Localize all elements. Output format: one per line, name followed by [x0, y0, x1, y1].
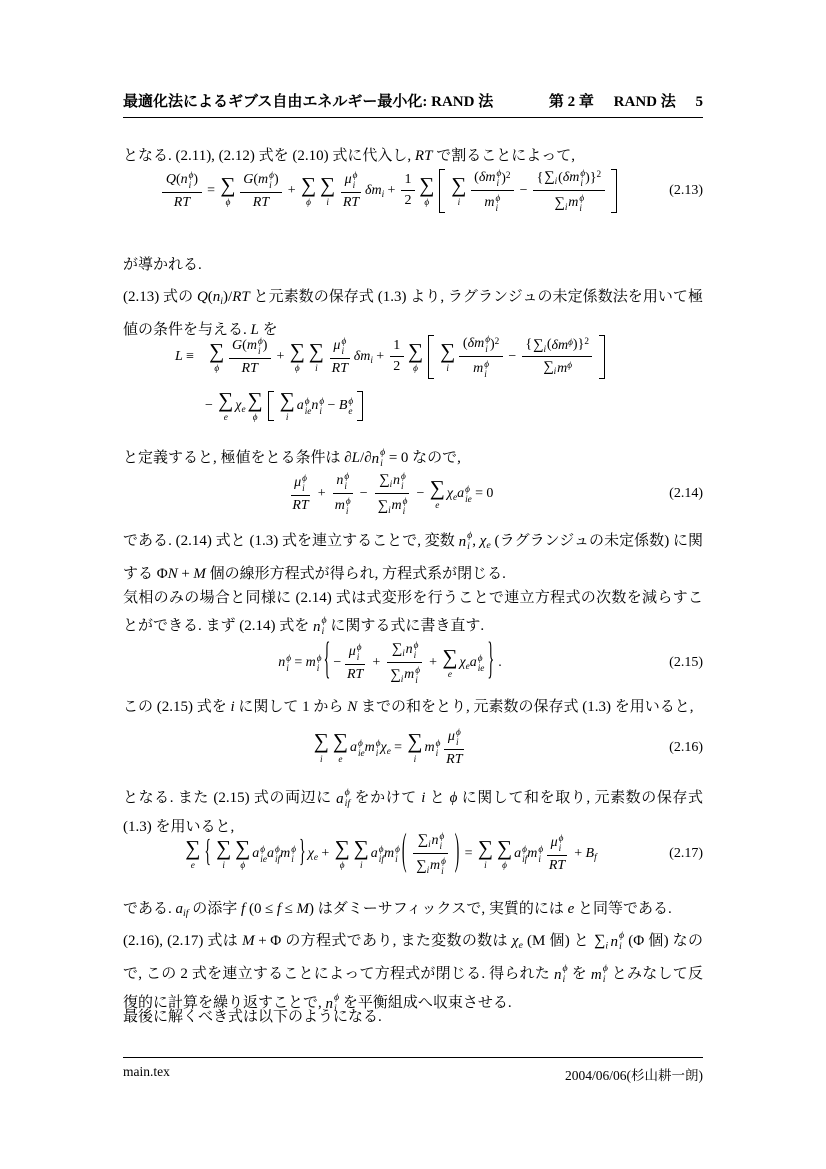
- script-stack: ϕi: [291, 844, 296, 864]
- math-token: a: [457, 486, 464, 501]
- script-stack: ϕi: [346, 496, 351, 516]
- math-script: i: [603, 974, 606, 985]
- math-token: δm: [365, 183, 382, 198]
- display-equation: Q(nϕi)RT=∑ϕG(mϕi)RT+∑ϕ∑iμϕiRTδmi+12∑ϕ∑i(…: [123, 168, 703, 214]
- math-script: ϕ: [317, 653, 322, 663]
- math-subsup: nϕi: [393, 471, 406, 491]
- math-fraction: 12: [390, 338, 404, 375]
- math-script: i: [286, 663, 289, 673]
- math-subsup: δmϕi: [468, 334, 490, 354]
- math-token: δm: [354, 349, 371, 364]
- math-token: 2: [393, 359, 400, 375]
- sum-symbol: ∑ϕ: [290, 341, 305, 374]
- math-script: i: [441, 866, 444, 876]
- math-token: ): [274, 172, 279, 188]
- fraction-denominator: RT: [170, 193, 193, 211]
- superscript: ϕ: [484, 359, 489, 369]
- script-stack: ϕi: [357, 642, 362, 662]
- math-token: a: [350, 740, 357, 755]
- sum-limit: e: [338, 755, 342, 764]
- text-run: (M 個) と: [523, 933, 593, 949]
- math-token: μ: [448, 729, 455, 744]
- paragraph: である. (2.14) 式と (1.3) 式を連立することで, 変数 nϕi, …: [123, 527, 703, 588]
- display-equation: ∑i∑eaϕiemϕiχe=∑imϕiμϕiRT(2.16): [123, 727, 703, 768]
- fraction-denominator: ∑imϕi: [550, 191, 588, 213]
- math-subsup: χe: [459, 655, 469, 671]
- sum-symbol: ∑i: [451, 175, 466, 208]
- math-subsup: nϕi: [181, 170, 194, 190]
- script-stack: ϕi: [538, 844, 543, 864]
- math-script: i: [619, 941, 622, 952]
- math-subsup: nϕi: [372, 445, 386, 473]
- math-operator: +: [318, 486, 326, 502]
- math-token: RT: [332, 361, 348, 377]
- sum-limit: i: [543, 344, 546, 354]
- math-operator: =: [389, 450, 397, 466]
- math-subsup: χe: [381, 740, 391, 756]
- math-subsup: μϕi: [294, 473, 307, 493]
- superscript: 2: [495, 336, 500, 346]
- equation-line: nϕi=mϕi{−μϕiRT+∑inϕi∑imϕi+∑eχeaϕie}.: [123, 640, 703, 686]
- math-token: m: [557, 361, 567, 376]
- fraction-denominator: 2: [390, 357, 404, 375]
- sum-limit: ϕ: [295, 364, 300, 373]
- sigma-glyph: ∑: [378, 498, 388, 514]
- math-delimiter: {: [204, 838, 211, 870]
- math-base: μ: [294, 475, 301, 491]
- script-stack: ϕie: [465, 484, 472, 504]
- fraction-denominator: RT: [343, 665, 366, 683]
- math-subsup: mϕi: [280, 844, 296, 864]
- math-base: m: [280, 846, 290, 862]
- fraction-denominator: ∑imϕ: [539, 357, 576, 377]
- math-script: ϕ: [319, 396, 324, 406]
- text-run: (2.16), (2.17) 式は: [123, 933, 242, 949]
- math-script: i: [380, 458, 383, 469]
- math-fraction: μϕiRT: [545, 833, 568, 874]
- math-delimiter: [439, 169, 445, 213]
- math-token: m: [404, 667, 414, 682]
- math-subsup: )2: [501, 170, 510, 187]
- equation-line: L≡∑ϕG(mϕi)RT+∑ϕ∑iμϕiRTδmi+12∑ϕ∑i(δmϕi)2m…: [123, 334, 703, 380]
- fraction-denominator: RT: [249, 193, 272, 211]
- superscript: ϕ: [346, 496, 351, 506]
- math-subsup: ni: [213, 289, 223, 305]
- subscript: i: [496, 178, 499, 188]
- subscript: ie: [305, 406, 312, 416]
- subscript: i: [496, 203, 499, 213]
- math-subsup: mϕi: [484, 193, 500, 213]
- math-delimiter-group: {∑i∑ϕaϕieaϕifmϕi}: [204, 838, 305, 871]
- math-script: ϕ: [348, 396, 353, 406]
- fraction-numerator: μϕi: [341, 170, 361, 193]
- math-subsup: aϕie: [252, 844, 267, 864]
- subscript: i: [258, 346, 261, 356]
- subscript: ie: [478, 663, 485, 673]
- math-subsup: χe: [512, 933, 523, 949]
- math-subsup: mϕi: [430, 856, 446, 876]
- math-token: RT: [292, 498, 308, 514]
- fraction-denominator: RT: [328, 359, 351, 377]
- fraction-denominator: RT: [339, 193, 362, 211]
- subscript: i: [456, 737, 459, 747]
- sum-limit: ϕ: [424, 198, 429, 207]
- math-script: i: [322, 626, 325, 637]
- superscript: ϕ: [465, 484, 470, 494]
- math-base: n: [278, 655, 285, 671]
- inline-sum-symbol: ∑i: [544, 170, 557, 185]
- paragraph: 最後に解くべき式は以下のようになる.: [123, 1003, 703, 1031]
- sum-limit: i: [360, 861, 363, 870]
- fraction-numerator: μϕi: [291, 473, 311, 496]
- math-script: ϕ: [344, 471, 349, 481]
- math-subsup: aϕie: [297, 396, 312, 416]
- superscript: ϕ: [358, 738, 363, 748]
- math-script: i: [496, 178, 499, 188]
- math-token: m: [391, 498, 401, 513]
- equation-number: (2.14): [669, 486, 703, 502]
- math-subsup: aϕif: [371, 844, 384, 864]
- display-equation: L≡∑ϕG(mϕi)RT+∑ϕ∑iμϕiRTδmi+12∑ϕ∑i(δmϕi)2m…: [123, 334, 703, 422]
- paragraph: 気相のみの場合と同様に (2.14) 式は式変形を行うことで連立方程式の次数を減…: [123, 584, 703, 641]
- sum-limit: i: [458, 198, 461, 207]
- math-subsup: mϕi: [384, 844, 400, 864]
- math-script: e: [314, 852, 318, 862]
- text-run: はダミーサフィックスで, 実質的には: [314, 901, 568, 917]
- math-token: m: [384, 846, 394, 861]
- superscript: ϕ: [456, 727, 461, 737]
- fraction-denominator: RT: [289, 496, 312, 514]
- sum-symbol: ∑e: [218, 390, 233, 423]
- math-base: n: [336, 473, 343, 489]
- sigma-glyph: ∑: [419, 175, 434, 196]
- delimiter-body: ∑i∑ϕaϕieaϕifmϕi: [211, 838, 299, 871]
- subscript: ie: [260, 854, 267, 864]
- math-subsup: μϕi: [333, 336, 346, 356]
- sigma-glyph: ∑: [451, 175, 466, 196]
- math-delimiter-group: ∑iaϕienϕi−Bϕe: [267, 390, 365, 423]
- math-base: μ: [345, 172, 352, 188]
- math-script: ie: [305, 406, 312, 416]
- math-token: RT: [549, 858, 565, 874]
- paragraph: と定義すると, 極値をとる条件は ∂L/∂nϕi=0 なので,: [123, 444, 703, 473]
- math-token: m: [568, 195, 578, 210]
- sum-symbol: ∑i: [478, 838, 493, 871]
- sum-limit: ϕ: [502, 861, 507, 870]
- math-subsup: mϕi: [306, 653, 322, 673]
- fraction-numerator: Q(nϕi): [162, 170, 201, 193]
- math-token: μ: [551, 835, 558, 850]
- display-equation: μϕiRT+nϕimϕi−∑inϕi∑imϕi−∑eχeaϕie=0(2.14): [123, 471, 703, 517]
- math-script: i: [317, 663, 320, 673]
- math-script: ϕ: [346, 496, 351, 506]
- math-subsup: mϕi: [404, 665, 420, 685]
- math-base: m: [365, 740, 375, 756]
- math-subsup: aϕif: [514, 844, 527, 864]
- math-token: m: [591, 967, 602, 983]
- math-subsup: mϕi: [335, 496, 351, 516]
- math-base: n: [459, 528, 467, 556]
- equation-number: (2.17): [669, 846, 703, 862]
- math-script: ϕ: [291, 844, 296, 854]
- equation-number: (2.13): [669, 183, 703, 199]
- math-subsup: Bf: [586, 846, 597, 862]
- math-subsup: {∑i(δmϕi)}2: [537, 168, 602, 188]
- math-delimiter: [599, 335, 605, 379]
- math-token: n: [311, 398, 318, 413]
- math-delimiter: }: [487, 640, 494, 685]
- math-delimiter: (: [402, 831, 407, 876]
- math-script: e: [241, 404, 245, 414]
- text-run: に関して 1 から: [235, 699, 348, 715]
- superscript: ϕ: [436, 738, 441, 748]
- math-script: i: [395, 854, 398, 864]
- sigma-glyph: ∑: [218, 390, 233, 411]
- fraction-denominator: mϕi: [331, 494, 354, 516]
- superscript: ϕ: [353, 170, 358, 180]
- subscript: i: [189, 180, 192, 190]
- equation-line: ∑e{∑i∑ϕaϕieaϕifmϕi}χe+∑ϕ∑iaϕifmϕi(∑inϕi∑…: [123, 831, 703, 877]
- sum-limit: i: [320, 755, 323, 764]
- subscript: i: [559, 843, 562, 853]
- math-token: δm: [563, 170, 580, 185]
- equation-line: μϕiRT+nϕimϕi−∑inϕi∑imϕi−∑eχeaϕie=0: [123, 471, 703, 517]
- text-run: を: [568, 966, 591, 982]
- math-script: i: [563, 974, 566, 985]
- fraction-numerator: μϕi: [330, 336, 350, 359]
- sum-limit: i: [401, 674, 404, 684]
- math-fraction: G(mϕi)RT: [229, 336, 271, 377]
- sum-limit: i: [555, 177, 558, 187]
- math-base: n: [393, 473, 400, 489]
- math-token: m: [280, 846, 290, 861]
- math-subsup: μϕi: [448, 727, 461, 747]
- math-subsup: aϕie: [457, 484, 472, 504]
- script-stack: ϕe: [348, 396, 353, 416]
- fraction-denominator: RT: [443, 750, 466, 768]
- math-token: a: [514, 846, 521, 861]
- math-fraction: {∑i(δmϕ)}2∑imϕ: [522, 336, 593, 377]
- sigma-glyph: ∑: [235, 838, 250, 859]
- sum-limit: i: [565, 202, 568, 212]
- math-subsup: mϕi: [365, 738, 381, 758]
- math-token: n: [336, 473, 343, 488]
- superscript: ϕ: [522, 844, 527, 854]
- math-delimiter-group: ∑i(δmϕi)2mϕi−{∑i(δmϕi)}2∑imϕi: [438, 168, 618, 214]
- math-script: i: [467, 541, 470, 552]
- math-token: {: [525, 338, 532, 353]
- math-token: 1: [405, 172, 412, 188]
- sigma-glyph: ∑: [335, 838, 350, 859]
- math-token: a: [297, 398, 304, 413]
- math-base: n: [554, 961, 562, 989]
- math-subsup: nϕi: [278, 653, 291, 673]
- math-base: n: [313, 613, 321, 641]
- math-script: ϕ: [379, 844, 384, 854]
- math-script: ie: [260, 854, 267, 864]
- sum-limit: i: [286, 413, 289, 422]
- subscript: i: [357, 652, 360, 662]
- sum-limit: i: [554, 367, 557, 377]
- math-token: RT: [242, 361, 258, 377]
- math-script: ϕ: [341, 336, 346, 346]
- math-fraction: ∑inϕi∑imϕi: [386, 640, 424, 686]
- math-subsup: δmi: [365, 183, 384, 199]
- sum-limit: i: [388, 505, 391, 515]
- math-base: μ: [349, 644, 356, 660]
- math-base: a: [267, 846, 274, 862]
- math-script: ϕ: [478, 653, 483, 663]
- math-script: ie: [465, 494, 472, 504]
- sigma-glyph: ∑: [379, 472, 389, 488]
- sigma-glyph: ∑: [280, 390, 295, 411]
- math-token: Φ: [157, 566, 168, 582]
- equation-line: ∑i∑eaϕiemϕiχe=∑imϕiμϕiRT: [123, 727, 703, 768]
- script-stack: ϕie: [305, 396, 312, 416]
- math-token: RT: [446, 752, 462, 768]
- math-subsup: δmi: [354, 349, 373, 365]
- sum-symbol: ∑i: [320, 175, 335, 208]
- math-script: ie: [478, 663, 485, 673]
- superscript: ϕ: [291, 844, 296, 854]
- subscript: i: [485, 344, 488, 354]
- text-run: この (2.15) 式を: [123, 699, 231, 715]
- delimiter-body: ∑inϕi∑imϕi: [407, 831, 455, 877]
- math-script: i: [357, 652, 360, 662]
- math-fraction: (δmϕi)2mϕi: [471, 168, 514, 214]
- math-subsup: χe: [447, 486, 457, 502]
- sigma-glyph: ∑: [478, 838, 493, 859]
- fraction-numerator: (δmϕi)2: [459, 334, 502, 357]
- math-token: Φ: [270, 933, 281, 949]
- math-fraction: μϕiRT: [289, 473, 312, 514]
- math-token: n: [393, 473, 400, 488]
- math-token: m: [247, 338, 257, 353]
- script-stack: ϕi: [456, 727, 461, 747]
- math-base: μ: [448, 729, 455, 745]
- sum-limit: e: [224, 413, 228, 422]
- superscript: ϕ: [357, 642, 362, 652]
- superscript: 2: [584, 336, 589, 346]
- sum-symbol: ∑ϕ: [248, 390, 263, 423]
- fraction-numerator: G(mϕi): [240, 170, 282, 193]
- sigma-glyph: ∑: [248, 390, 263, 411]
- sigma-glyph: ∑: [209, 341, 224, 362]
- subscript: i: [269, 180, 272, 190]
- math-token: Q: [197, 289, 208, 305]
- math-subsup: μϕi: [551, 833, 564, 853]
- sum-symbol: ∑e: [442, 647, 457, 680]
- math-token: M: [242, 933, 255, 949]
- math-subsup: mϕi: [591, 961, 608, 989]
- subscript: i: [376, 748, 379, 758]
- math-token: G: [243, 172, 253, 188]
- sum-limit: i: [315, 364, 318, 373]
- math-script: i: [319, 406, 322, 416]
- paragraph: である. aif の添字 f (0≤f≤M) はダミーサフィックスで, 実質的に…: [123, 895, 703, 928]
- math-base: m: [391, 498, 401, 514]
- sigma-glyph: ∑: [440, 341, 455, 362]
- fraction-denominator: 2: [401, 191, 415, 209]
- math-base: n: [432, 833, 439, 849]
- math-subsup: {∑i(δmϕ)}2: [525, 336, 589, 354]
- sum-limit: i: [390, 479, 393, 489]
- superscript: ϕ: [344, 471, 349, 481]
- math-token: Q: [166, 172, 176, 188]
- script-stack: ϕi: [484, 359, 489, 379]
- fraction-numerator: (δmϕi)2: [471, 168, 514, 191]
- math-operator: −: [416, 486, 424, 502]
- superscript: ϕ: [401, 471, 406, 481]
- sigma-glyph: ∑: [220, 175, 235, 196]
- sum-limit: i: [402, 648, 405, 658]
- sigma-glyph: ∑: [554, 195, 564, 211]
- math-base: m: [568, 195, 578, 211]
- superscript: ϕ: [414, 640, 419, 650]
- sigma-glyph: ∑: [408, 341, 423, 362]
- math-delimiter: {: [324, 640, 331, 685]
- math-script: f: [594, 852, 597, 862]
- math-base: n: [611, 928, 619, 956]
- sum-limit: i: [605, 940, 608, 951]
- inline-sum-symbol: ∑i: [594, 933, 608, 949]
- math-base: a: [350, 740, 357, 756]
- math-script: ϕ: [403, 496, 408, 506]
- sum-symbol: ∑i: [216, 838, 231, 871]
- sum-symbol: ∑ϕ: [235, 838, 250, 871]
- math-operator: =: [394, 740, 402, 756]
- fraction-denominator: ∑imϕi: [386, 663, 424, 685]
- subscript: i: [603, 975, 606, 986]
- math-operator: =: [207, 183, 215, 199]
- math-token: RT: [253, 195, 269, 211]
- subscript: i: [436, 748, 439, 758]
- text-run: ,: [472, 533, 480, 549]
- math-token: M: [296, 901, 309, 917]
- math-fraction: ∑inϕi∑imϕi: [373, 471, 411, 517]
- math-token: 1: [393, 338, 400, 354]
- text-run: が導かれる.: [123, 257, 202, 273]
- math-fraction: (δmϕi)2mϕi: [459, 334, 502, 380]
- math-token: μ: [333, 338, 340, 353]
- text-run: の方程式であり, また変数の数は: [281, 933, 512, 949]
- sigma-glyph: ∑: [497, 838, 512, 859]
- math-script: ϕ: [522, 844, 527, 854]
- sigma-glyph: ∑: [290, 341, 305, 362]
- page-footer: main.tex 2004/06/06(杉山耕一朗): [123, 1057, 703, 1084]
- math-token: {: [537, 170, 544, 185]
- subscript: i: [291, 854, 294, 864]
- math-script: ϕ: [286, 653, 291, 663]
- sum-limit: e: [435, 501, 439, 510]
- sum-limit: i: [222, 861, 225, 870]
- math-base: a: [514, 846, 521, 862]
- sum-symbol: ∑ϕ: [408, 341, 423, 374]
- sum-symbol: ∑ϕ: [419, 175, 434, 208]
- superscript: ϕ: [275, 844, 280, 854]
- sum-limit: ϕ: [413, 364, 418, 373]
- sum-limit: i: [414, 755, 417, 764]
- math-script: ie: [358, 748, 365, 758]
- sum-symbol: ∑ϕ: [209, 341, 224, 374]
- math-subsup: mϕi: [527, 844, 543, 864]
- math-token: m: [484, 195, 494, 210]
- text-run: に関する式に書き直す.: [327, 618, 485, 634]
- superscript: ϕ: [559, 833, 564, 843]
- math-subsup: aϕie: [470, 653, 485, 673]
- math-base: m: [425, 740, 435, 756]
- footer-date-author: 2004/06/06(杉山耕一朗): [565, 1064, 703, 1084]
